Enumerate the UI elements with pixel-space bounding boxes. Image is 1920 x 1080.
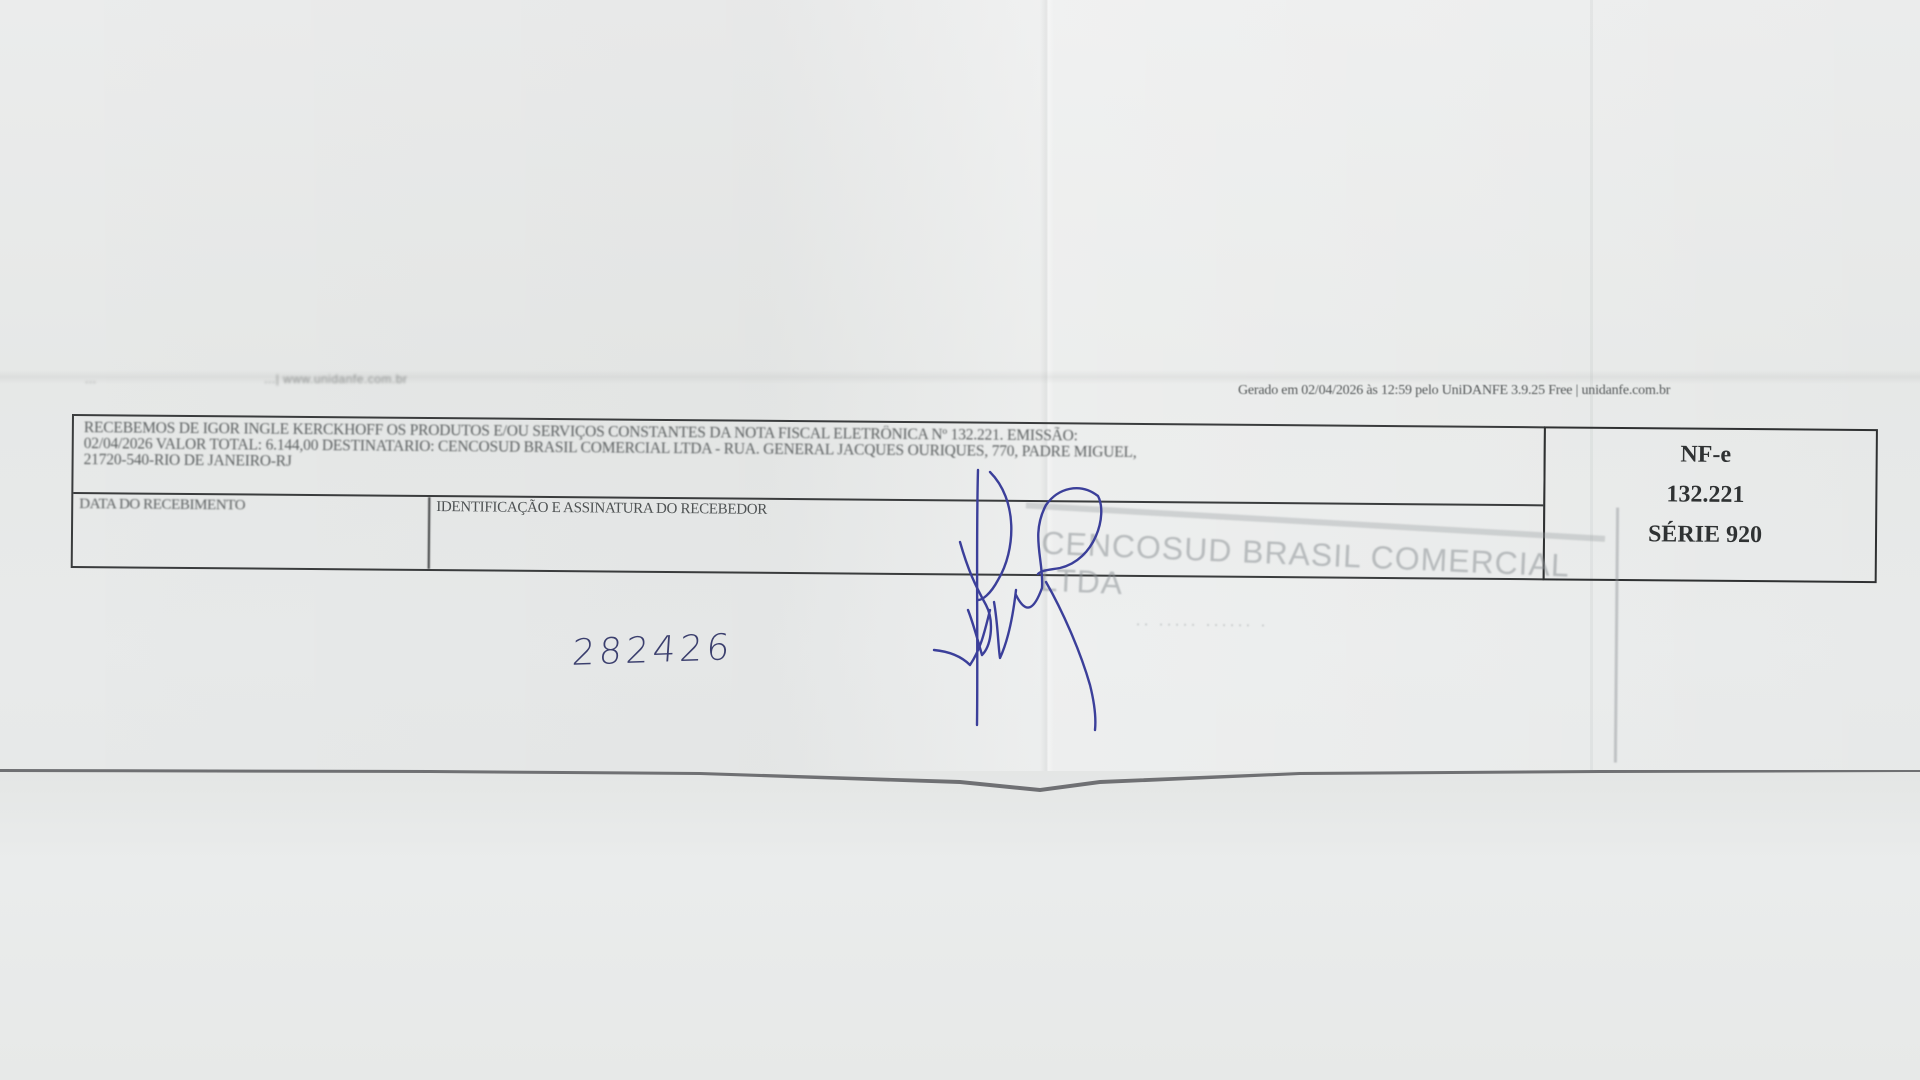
handwritten-signature-icon bbox=[920, 460, 1120, 740]
nfe-label: NF-e bbox=[1546, 433, 1866, 476]
stamp-subline: ·· ····· ······ · bbox=[1135, 613, 1268, 635]
generated-by-line: Gerado em 02/04/2026 às 12:59 pelo UniDA… bbox=[1238, 383, 1670, 399]
lower-sheet bbox=[0, 771, 1920, 1080]
previous-footer-url: ...| www.unidanfe.com.br bbox=[264, 372, 407, 386]
previous-footer-left: ... bbox=[85, 372, 97, 386]
paper-edge-shadow bbox=[0, 766, 1920, 796]
handwritten-number: 282426 bbox=[571, 627, 735, 674]
receipt-declaration: RECEBEMOS DE IGOR INGLE KERCKHOFF OS PRO… bbox=[73, 416, 1544, 506]
receipt-date-field: DATA DO RECEBIMENTO bbox=[73, 494, 431, 569]
previous-page-footer: ... ...| www.unidanfe.com.br bbox=[85, 372, 407, 386]
